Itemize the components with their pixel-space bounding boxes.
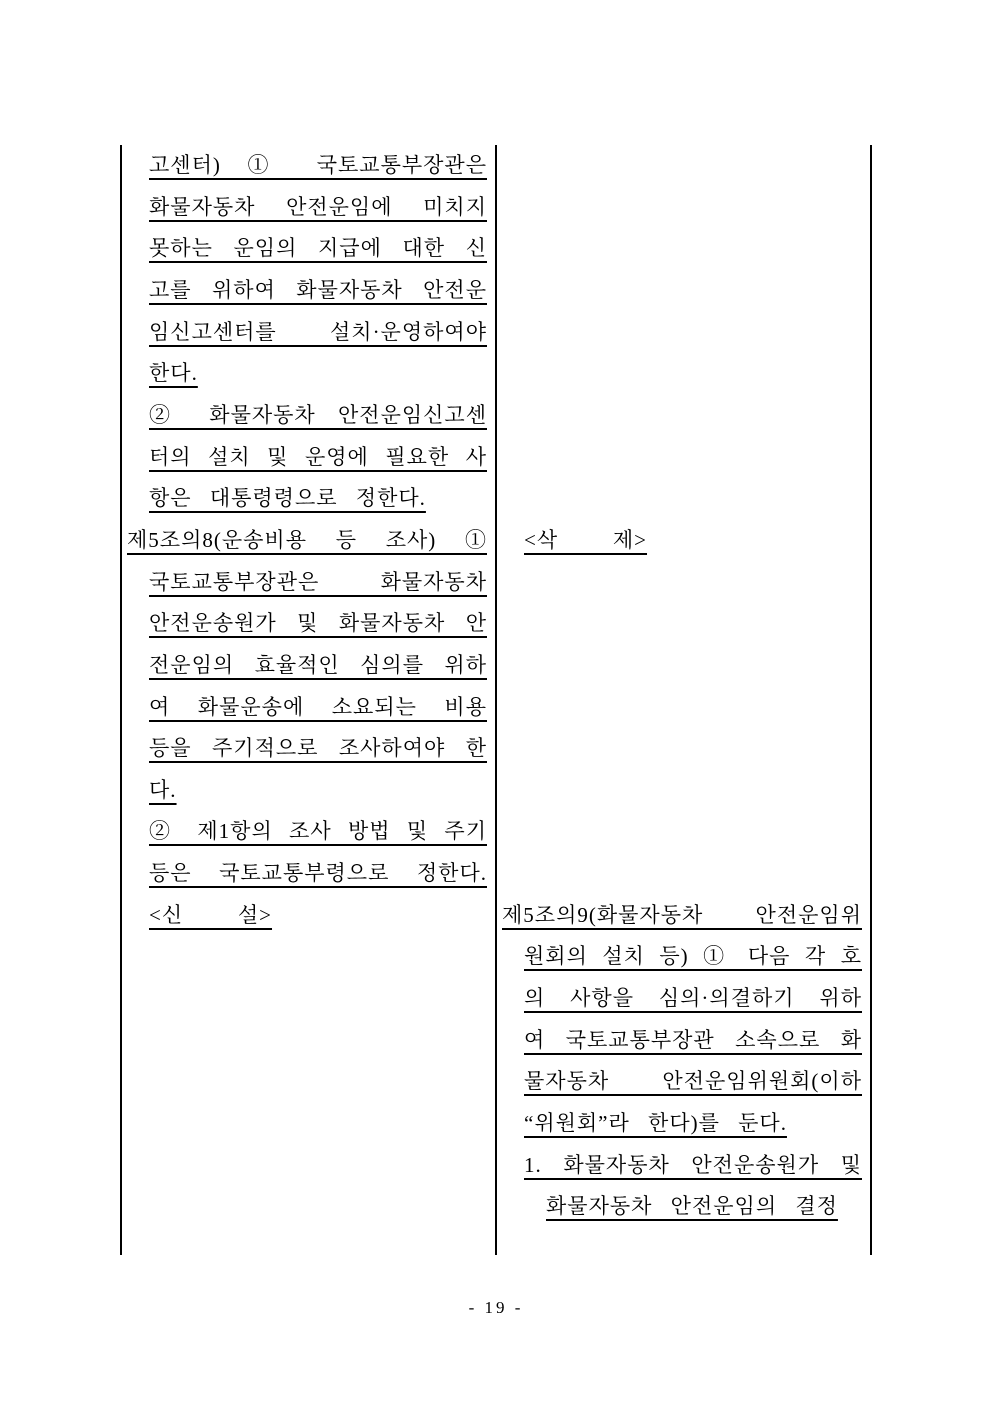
text-line: 터의 설치 및 운영에 필요한 사 xyxy=(149,444,487,470)
left-column: 고센터) ① 국토교통부장관은 화물자동차 안전운임에 미치지 못하는 운임의 … xyxy=(122,145,497,1255)
page-number: - 19 - xyxy=(0,1298,992,1318)
text-line: 고를 위하여 화물자동차 안전운 xyxy=(149,277,487,303)
text-line: 다. xyxy=(149,777,177,803)
text-line: 항은 대통령령으로 정한다. xyxy=(149,485,426,511)
text-line: ② 화물자동차 안전운임신고센 xyxy=(149,402,487,428)
article-heading-line: 제5조의9(화물자동차 안전운임위 xyxy=(502,902,862,928)
text-line: 의 사항을 심의·의결하기 위하 xyxy=(524,985,862,1011)
text-line: 고센터) ① 국토교통부장관은 xyxy=(149,152,487,178)
text-line: 안전운송원가 및 화물자동차 안 xyxy=(149,610,487,636)
document-page: 고센터) ① 국토교통부장관은 화물자동차 안전운임에 미치지 못하는 운임의 … xyxy=(0,0,992,1403)
list-item-line: 1. 화물자동차 안전운송원가 및 xyxy=(524,1152,862,1178)
text-line: 전운임의 효율적인 심의를 위하 xyxy=(149,652,487,678)
text-line: 임신고센터를 설치·운영하여야 xyxy=(149,319,487,345)
text-line: 물자동차 안전운임위원회(이하 xyxy=(524,1068,862,1094)
text-line: 한다. xyxy=(149,360,198,386)
text-line: 원회의 설치 등) ① 다음 각 호 xyxy=(524,943,862,969)
list-item-line: 화물자동차 안전운임의 결정 xyxy=(546,1193,838,1219)
text-line: 등은 국토교통부령으로 정한다. xyxy=(149,860,487,886)
text-line: ② 제1항의 조사 방법 및 주기 xyxy=(149,818,487,844)
text-line: 못하는 운임의 지급에 대한 신 xyxy=(149,235,487,261)
text-line: 국토교통부장관은 화물자동차 xyxy=(149,569,487,595)
right-column: <삭 제> 제5조의9(화물자동차 안전운임위 원회의 설치 등) ① 다음 각… xyxy=(497,145,870,1255)
text-line: 등을 주기적으로 조사하여야 한 xyxy=(149,735,487,761)
text-line: “위원회”라 한다)를 둔다. xyxy=(524,1110,787,1136)
text-line: 여 국토교통부장관 소속으로 화 xyxy=(524,1027,862,1053)
deleted-marker: <삭 제> xyxy=(524,527,647,553)
law-comparison-table: 고센터) ① 국토교통부장관은 화물자동차 안전운임에 미치지 못하는 운임의 … xyxy=(120,145,872,1255)
text-line: 여 화물운송에 소요되는 비용 xyxy=(149,694,487,720)
new-insertion-marker: <신 설> xyxy=(149,902,272,928)
text-line: 화물자동차 안전운임에 미치지 xyxy=(149,194,487,220)
article-heading-line: 제5조의8(운송비용 등 조사) ① xyxy=(127,527,487,553)
